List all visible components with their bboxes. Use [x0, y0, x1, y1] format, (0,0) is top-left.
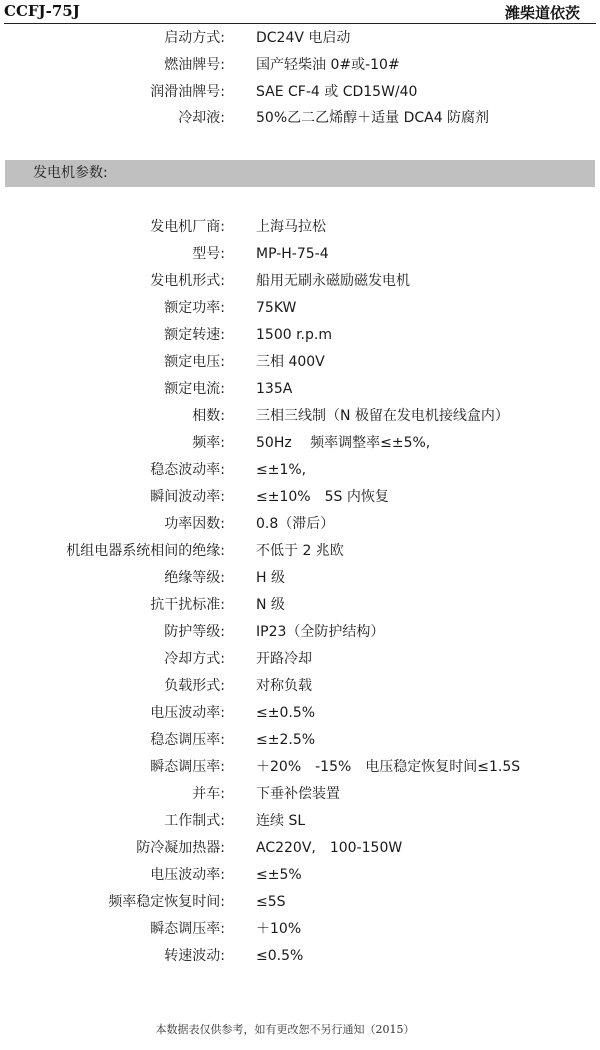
param-row: 频率:50Hz 频率调整率≤±5%, [0, 432, 600, 454]
param-label: 频率稳定恢复时间: [108, 891, 225, 913]
param-value: 对称负载 [256, 675, 312, 697]
param-value: 135A [256, 378, 292, 400]
param-value: AC220V, 100-150W [256, 837, 402, 859]
footer-disclaimer: 本数据表仅供参考，如有更改恕不另行通知（2015） [0, 1021, 570, 1037]
param-label: 工作制式: [164, 810, 225, 832]
param-row: 发电机形式:船用无刷永磁励磁发电机 [0, 270, 600, 292]
param-row: 额定转速:1500 r.p.m [0, 324, 600, 346]
param-value: ≤±2.5% [256, 729, 315, 751]
param-value: ≤±1%, [256, 459, 306, 481]
param-label: 稳态调压率: [150, 729, 225, 751]
param-label: 防冷凝加热器: [136, 837, 225, 859]
param-label: 抗干扰标准: [150, 594, 225, 616]
param-label: 电压波动率: [150, 702, 225, 724]
param-label: 冷却方式: [164, 648, 225, 670]
param-row: 并车:下垂补偿装置 [0, 783, 600, 805]
param-label: 额定电流: [164, 378, 225, 400]
param-row: 功率因数:0.8（滞后） [0, 513, 600, 535]
param-row: 频率稳定恢复时间:≤5S [0, 891, 600, 913]
param-row: 机组电器系统相间的绝缘:不低于 2 兆欧 [0, 540, 600, 562]
param-value: 50%乙二乙烯醇＋适量 DCA4 防腐剂 [256, 107, 489, 129]
param-value: 50Hz 频率调整率≤±5%, [256, 432, 430, 454]
param-label: 转速波动: [164, 945, 225, 967]
param-value: H 级 [256, 567, 285, 589]
param-label: 冷却液: [178, 107, 225, 129]
model-number: CCFJ-75J [4, 2, 80, 20]
param-value: 三相 400V [256, 351, 325, 373]
param-row: 额定功率:75KW [0, 297, 600, 319]
param-value: ≤±10% 5S 内恢复 [256, 486, 389, 508]
param-value: 0.8（滞后） [256, 513, 334, 535]
param-row: 转速波动:≤0.5% [0, 945, 600, 967]
param-label: 额定功率: [164, 297, 225, 319]
param-label: 相数: [192, 405, 225, 427]
param-value: 不低于 2 兆欧 [256, 540, 344, 562]
param-value: 三相三线制（N 极留在发电机接线盒内） [256, 405, 509, 427]
param-row: 稳态调压率:≤±2.5% [0, 729, 600, 751]
param-row: 防冷凝加热器:AC220V, 100-150W [0, 837, 600, 859]
param-label: 启动方式: [164, 27, 225, 49]
param-value: SAE CF-4 或 CD15W/40 [256, 81, 417, 103]
param-label: 频率: [192, 432, 225, 454]
param-value: IP23（全防护结构） [256, 621, 384, 643]
header-divider [4, 23, 596, 24]
param-label: 瞬态调压率: [150, 918, 225, 940]
param-value: ＋10% [256, 918, 301, 940]
param-row: 电压波动率:≤±0.5% [0, 702, 600, 724]
param-value: ≤±0.5% [256, 702, 315, 724]
param-row: 瞬态调压率:＋10% [0, 918, 600, 940]
param-label: 并车: [192, 783, 225, 805]
param-value: ≤±5% [256, 864, 302, 886]
param-label: 负载形式: [164, 675, 225, 697]
param-row: 型号:MP-H-75-4 [0, 243, 600, 265]
section-header-generator: 发电机参数: [5, 160, 595, 187]
param-value: 连续 SL [256, 810, 305, 832]
param-label: 发电机厂商: [150, 216, 225, 238]
param-row: 瞬间波动率:≤±10% 5S 内恢复 [0, 486, 600, 508]
param-row: 启动方式: DC24V 电启动 [0, 27, 600, 49]
param-value: 上海马拉松 [256, 216, 326, 238]
param-value: 船用无刷永磁励磁发电机 [256, 270, 410, 292]
param-label: 稳态波动率: [150, 459, 225, 481]
param-value: 75KW [256, 297, 296, 319]
param-row: 稳态波动率:≤±1%, [0, 459, 600, 481]
param-label: 型号: [192, 243, 225, 265]
page-header: CCFJ-75J 潍柴道依茨 [0, 0, 600, 24]
param-label: 瞬间波动率: [150, 486, 225, 508]
param-row: 额定电压:三相 400V [0, 351, 600, 373]
param-row: 冷却液: 50%乙二乙烯醇＋适量 DCA4 防腐剂 [0, 107, 600, 129]
param-value: MP-H-75-4 [256, 243, 329, 265]
param-label: 功率因数: [164, 513, 225, 535]
param-row: 发电机厂商:上海马拉松 [0, 216, 600, 238]
param-row: 负载形式:对称负载 [0, 675, 600, 697]
param-row: 绝缘等级:H 级 [0, 567, 600, 589]
param-value: ＋20% -15% 电压稳定恢复时间≤1.5S [256, 756, 520, 778]
param-row: 额定电流:135A [0, 378, 600, 400]
param-row: 润滑油牌号: SAE CF-4 或 CD15W/40 [0, 81, 600, 103]
param-label: 额定转速: [164, 324, 225, 346]
param-row: 燃油牌号: 国产轻柴油 0#或-10# [0, 54, 600, 76]
param-label: 燃油牌号: [164, 54, 225, 76]
param-label: 瞬态调压率: [150, 756, 225, 778]
param-label: 防护等级: [164, 621, 225, 643]
param-label: 电压波动率: [150, 864, 225, 886]
param-row: 防护等级:IP23（全防护结构） [0, 621, 600, 643]
param-row: 电压波动率:≤±5% [0, 864, 600, 886]
param-label: 机组电器系统相间的绝缘: [66, 540, 225, 562]
param-label: 额定电压: [164, 351, 225, 373]
param-value: ≤0.5% [256, 945, 303, 967]
param-value: 开路冷却 [256, 648, 312, 670]
param-value: ≤5S [256, 891, 286, 913]
brand-name: 潍柴道依茨 [505, 2, 580, 23]
param-value: 国产轻柴油 0#或-10# [256, 54, 400, 76]
param-row: 相数:三相三线制（N 极留在发电机接线盒内） [0, 405, 600, 427]
param-value: DC24V 电启动 [256, 27, 350, 49]
param-label: 润滑油牌号: [150, 81, 225, 103]
param-value: 1500 r.p.m [256, 324, 332, 346]
param-row: 瞬态调压率:＋20% -15% 电压稳定恢复时间≤1.5S [0, 756, 600, 778]
param-row: 冷却方式:开路冷却 [0, 648, 600, 670]
param-label: 绝缘等级: [164, 567, 225, 589]
param-value: 下垂补偿装置 [256, 783, 340, 805]
param-row: 工作制式:连续 SL [0, 810, 600, 832]
section-title: 发电机参数: [33, 160, 108, 187]
param-label: 发电机形式: [150, 270, 225, 292]
param-row: 抗干扰标准:N 级 [0, 594, 600, 616]
param-value: N 级 [256, 594, 285, 616]
